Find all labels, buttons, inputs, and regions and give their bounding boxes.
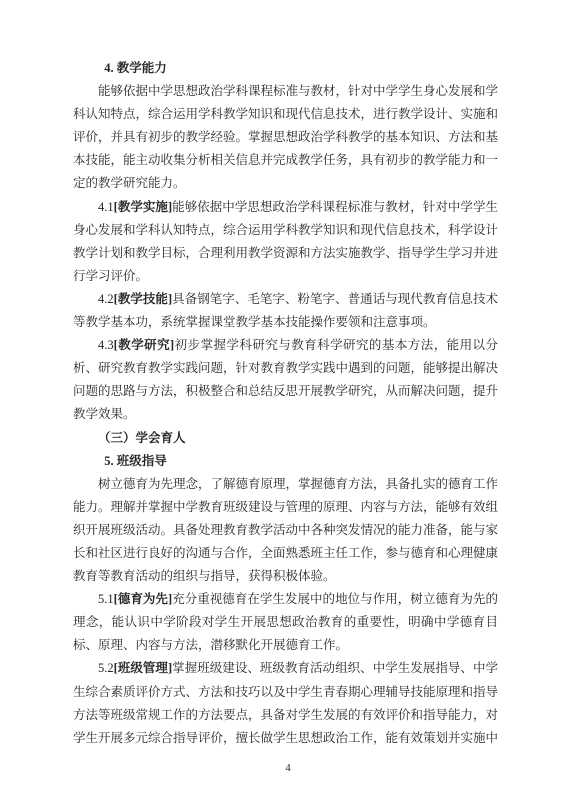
clause-number-5-1: 5.1 [98,592,114,606]
heading-class-guidance: 5. 班级指导 [73,450,498,473]
clause-label-moral-education-first: [德育为先] [114,592,173,606]
paragraph-5-1: 5.1[德育为先]充分重视德育在学生发展中的地位与作用，树立德育为先的理念，能认… [73,588,498,657]
paragraph-4-2: 4.2[教学技能]具备钢笔字、毛笔字、粉笔字、普通话与现代教育信息技术等教学基本… [73,288,498,334]
paragraph-5-2: 5.2[班级管理]掌握班级建设、班级教育活动组织、中学生发展指导、中学生综合素质… [73,657,498,749]
paragraph-class-guidance-intro: 树立德育为先理念，了解德育原理，掌握德育方法，具备扎实的德育工作能力。理解并掌握… [73,473,498,588]
clause-number-4-3: 4.3 [98,338,114,352]
document-page: 4. 教学能力 能够依据中学思想政治学科课程标准与教材，针对中学学生身心发展和学… [0,0,576,807]
heading-section-three-learn-to-educate: （三）学会育人 [73,427,498,450]
clause-number-4-1: 4.1 [98,200,114,214]
clause-label-class-management: [班级管理] [114,661,173,675]
page-body: 4. 教学能力 能够依据中学思想政治学科课程标准与教材，针对中学学生身心发展和学… [73,57,498,750]
clause-number-5-2: 5.2 [98,661,114,675]
page-number: 4 [0,763,576,774]
paragraph-teaching-ability-intro: 能够依据中学思想政治学科课程标准与教材，针对中学学生身心发展和学科认知特点，综合… [73,80,498,195]
heading-teaching-ability: 4. 教学能力 [73,57,498,80]
paragraph-4-1: 4.1[教学实施]能够依据中学思想政治学科课程标准与教材，针对中学学生身心发展和… [73,196,498,288]
clause-label-teaching-implementation: [教学实施] [114,200,173,214]
clause-label-teaching-research: [教学研究] [114,338,175,352]
clause-label-teaching-skills: [教学技能] [114,292,173,306]
clause-number-4-2: 4.2 [98,292,114,306]
paragraph-4-3: 4.3[教学研究]初步掌握学科研究与教育科学研究的基本方法，能用以分析、研究教育… [73,334,498,426]
